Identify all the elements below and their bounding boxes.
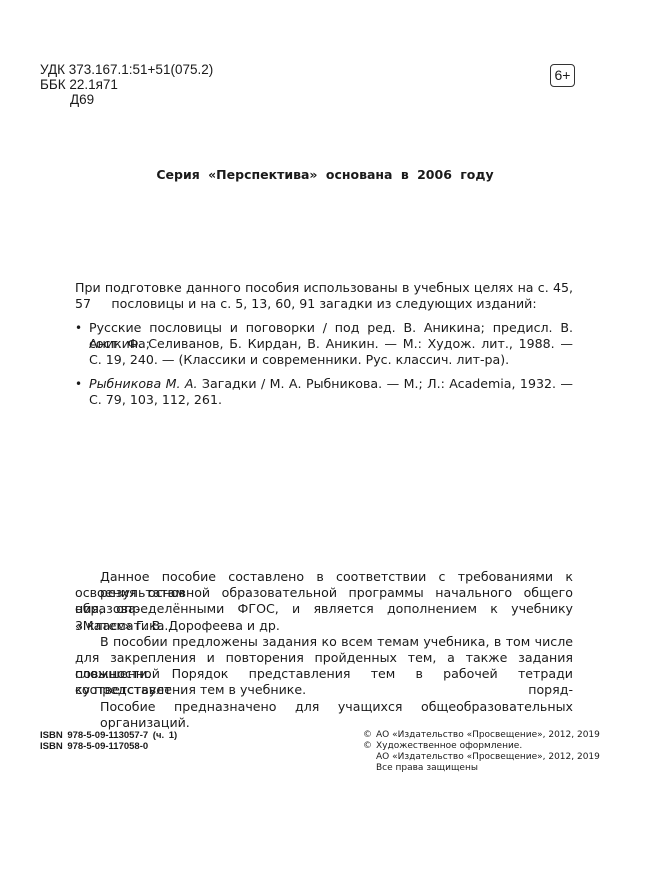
copyright-block: © АО «Издательство «Просвещение», 2012, … xyxy=(363,730,600,774)
source-line: Русские пословицы и поговорки / под ред.… xyxy=(89,320,573,336)
source-title: Загадки / М. А. Рыбникова. — М.; Л.: Aca… xyxy=(198,376,574,391)
source-line: сост. Ф. Селиванов, Б. Кирдан, В. Аникин… xyxy=(89,336,573,352)
isbn-line: ISBN 978-5-09-117058-0 xyxy=(40,741,177,752)
copyright-line: © АО «Издательство «Просвещение», 2012, … xyxy=(363,730,600,741)
classification-block: УДК 373.167.1:51+51(075.2) ББК 22.1я71 Д… xyxy=(40,62,213,107)
about-section: Данное пособие составлено в соответствии… xyxy=(75,569,573,715)
udk-code: УДК 373.167.1:51+51(075.2) xyxy=(40,62,213,77)
copyright-line: © Художественное оформление. xyxy=(363,741,600,752)
source-item: • Рыбникова М. А. Загадки / М. А. Рыбник… xyxy=(75,376,573,408)
copyright-text: АО «Издательство «Просвещение», 2012, 20… xyxy=(376,730,600,740)
sources-intro-line: При подготовке данного пособия использов… xyxy=(75,280,573,296)
isbn-block: ISBN 978-5-09-113057-7 (ч. 1) ISBN 978-5… xyxy=(40,730,177,752)
copyright-text: Художественное оформление. xyxy=(376,741,522,751)
sources-section: При подготовке данного пособия использов… xyxy=(75,280,573,416)
isbn-line: ISBN 978-5-09-113057-7 (ч. 1) xyxy=(40,730,177,741)
about-paragraph: Пособие предназначено для учащихся общео… xyxy=(75,699,573,715)
about-line: сложности. Порядок представления тем в р… xyxy=(75,666,573,682)
about-line: Пособие предназначено для учащихся общео… xyxy=(75,699,573,715)
bullet-icon: • xyxy=(75,376,82,392)
age-rating-badge: 6+ xyxy=(550,64,575,87)
copyright-icon: © xyxy=(363,741,372,752)
source-line: С. 19, 240. — (Классики и современники. … xyxy=(89,352,573,368)
sources-intro-line: пословицы и на с. 5, 13, 60, 91 загадки … xyxy=(75,296,573,312)
source-item: • Русские пословицы и поговорки / под ре… xyxy=(75,320,573,368)
copyright-line: АО «Издательство «Просвещение», 2012, 20… xyxy=(363,752,600,763)
about-paragraph: В пособии предложены задания ко всем тем… xyxy=(75,634,573,699)
about-line: для закрепления и повторения пройденных … xyxy=(75,650,573,666)
copyright-text: Все права защищены xyxy=(376,763,478,773)
source-line: С. 79, 103, 112, 261. xyxy=(89,392,573,408)
series-line: Серия «Перспектива» основана в 2006 году xyxy=(0,167,650,182)
source-line: Рыбникова М. А. Загадки / М. А. Рыбников… xyxy=(89,376,573,392)
about-line: В пособии предложены задания ко всем тем… xyxy=(75,634,573,650)
source-author: Рыбникова М. А. xyxy=(89,376,198,391)
copyright-icon: © xyxy=(363,730,372,741)
about-paragraph: Данное пособие составлено в соответствии… xyxy=(75,569,573,634)
about-line: Данное пособие составлено в соответствии… xyxy=(75,569,573,585)
bbk-code: ББК 22.1я71 xyxy=(40,77,213,92)
author-mark: Д69 xyxy=(40,92,213,107)
about-line: освоения основной образовательной програ… xyxy=(75,585,573,601)
copyright-line: Все права защищены xyxy=(363,763,600,774)
sources-intro: При подготовке данного пособия использов… xyxy=(75,280,573,312)
copyright-text: АО «Издательство «Просвещение», 2012, 20… xyxy=(376,752,600,762)
about-line: ния, определёнными ФГОС, и является допо… xyxy=(75,601,573,617)
bullet-icon: • xyxy=(75,320,82,336)
about-line: 3 класс» Г. В. Дорофеева и др. xyxy=(75,618,573,634)
